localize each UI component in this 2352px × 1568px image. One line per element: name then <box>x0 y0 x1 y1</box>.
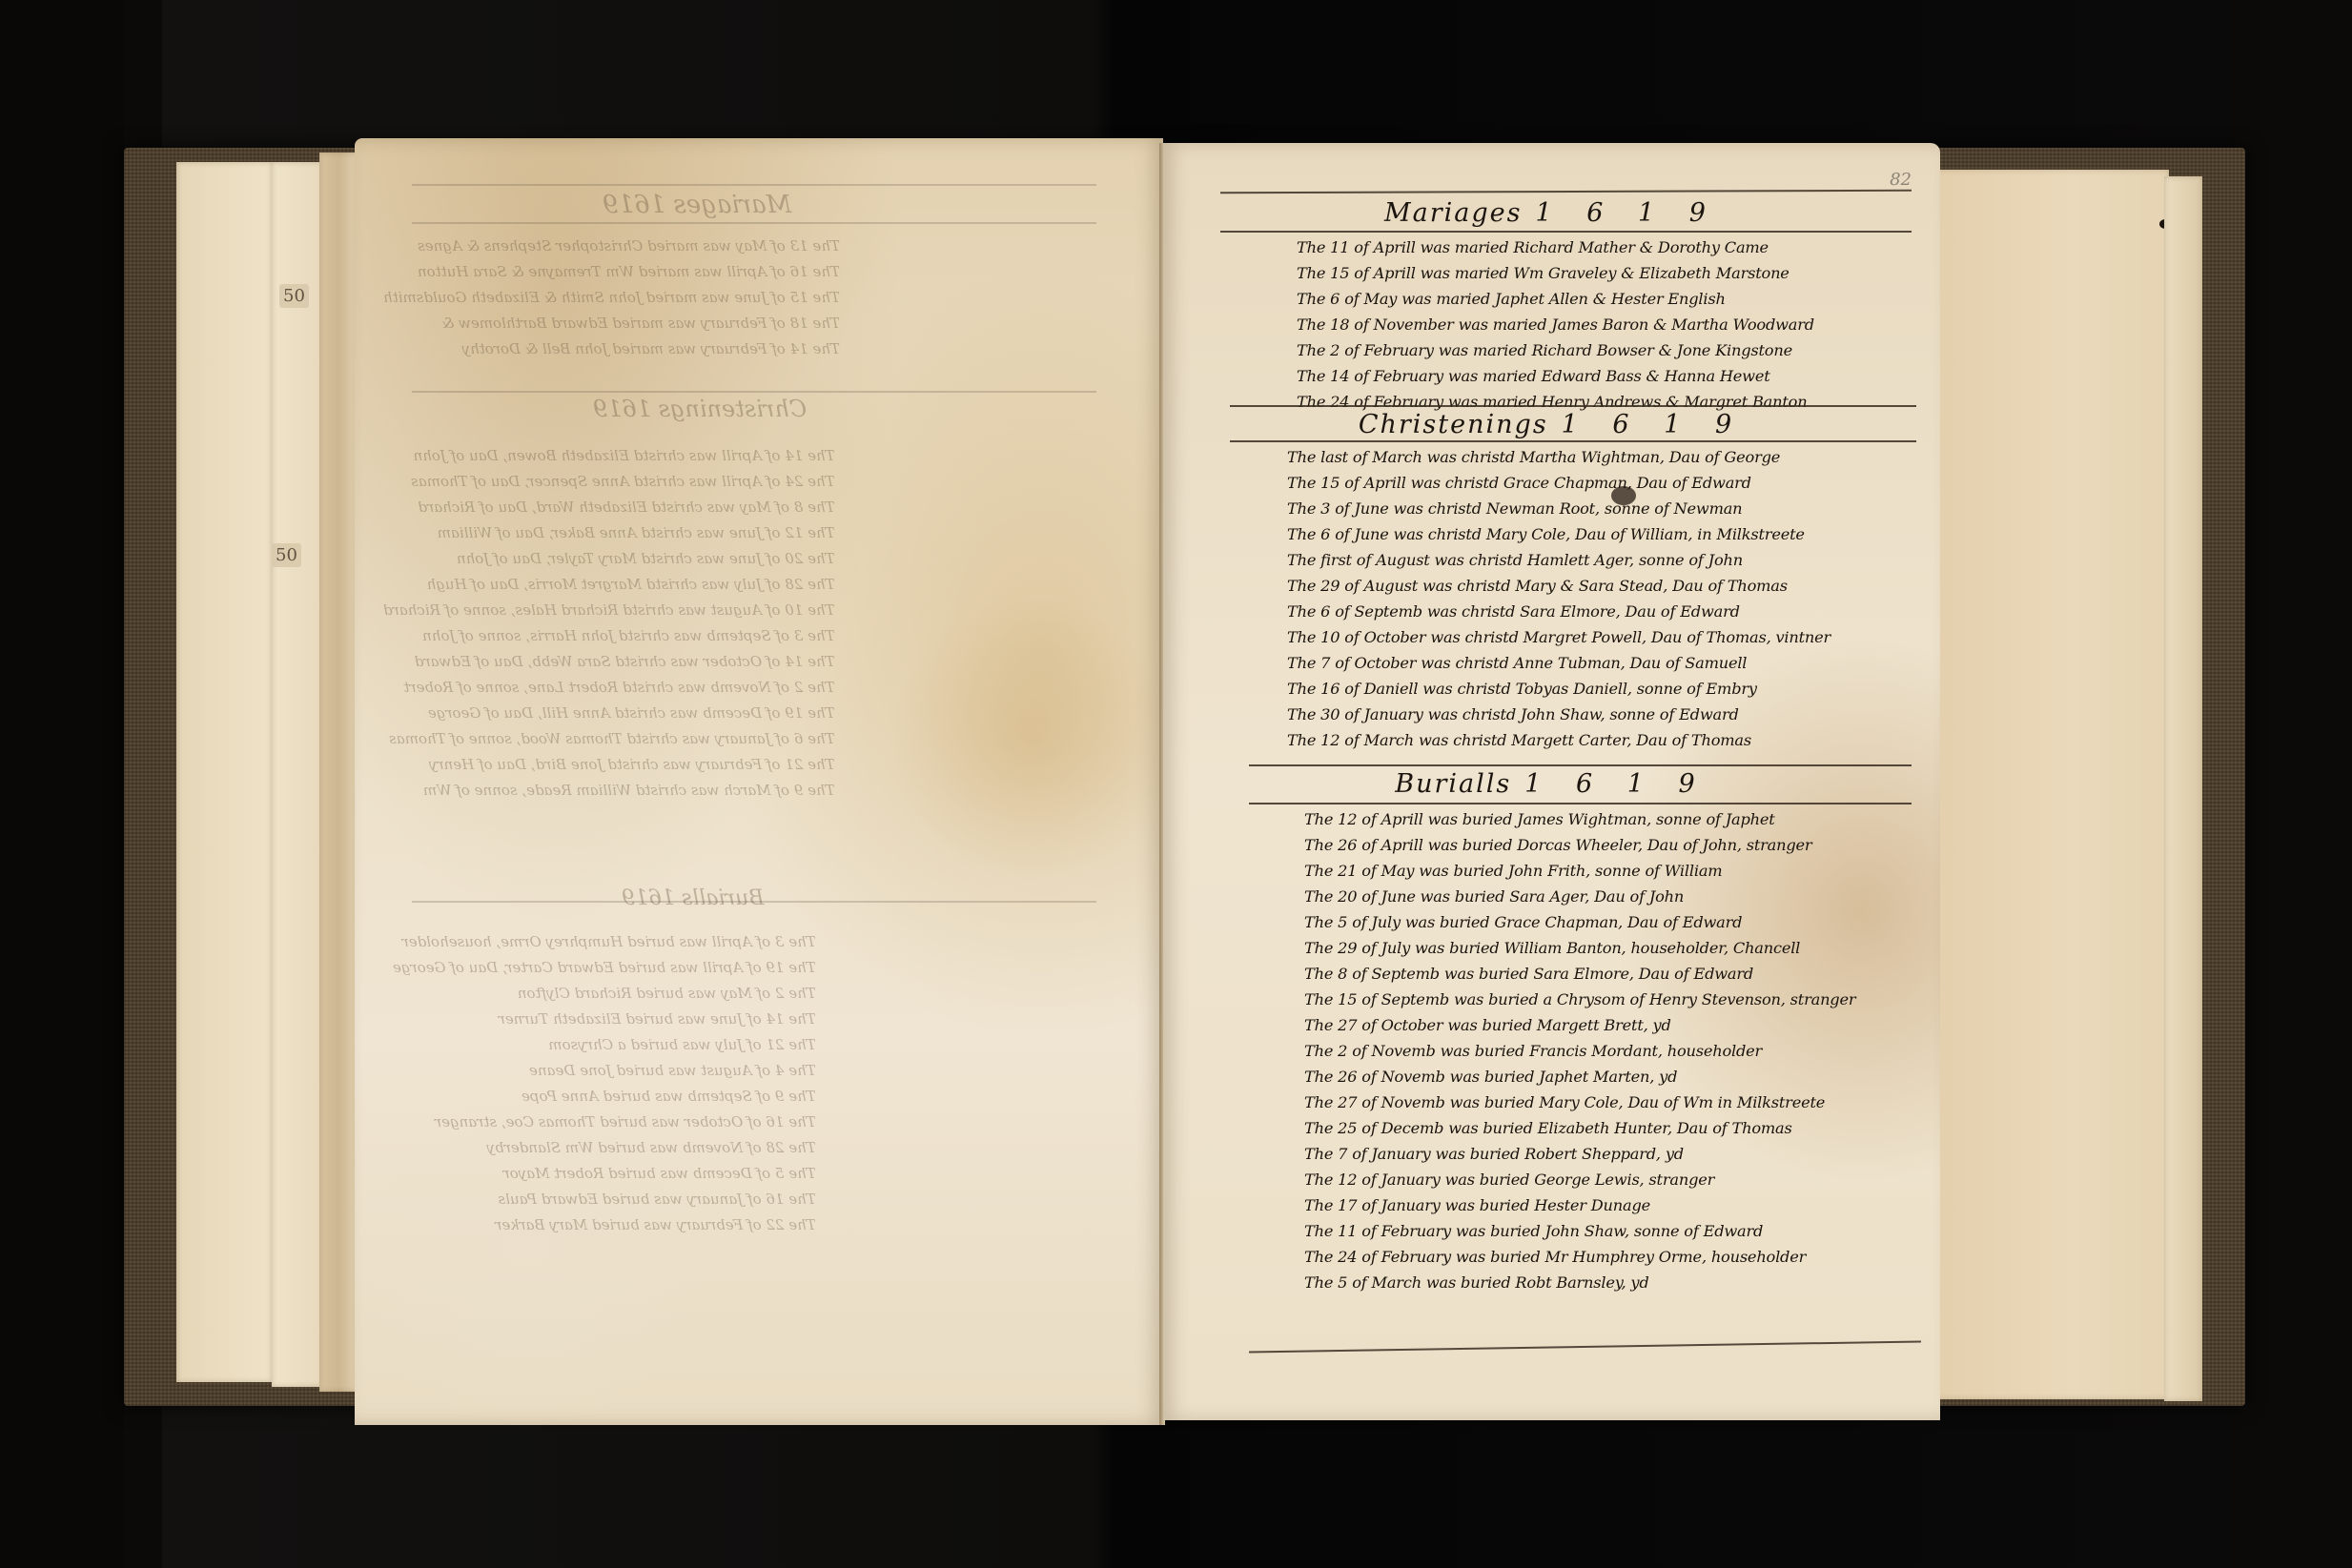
section-title-text: Mariages <box>1384 198 1523 228</box>
register-entry: The 27 of October was buried Margett Bre… <box>1304 1012 1919 1038</box>
water-stain <box>889 596 1175 882</box>
section-year: 1 6 1 9 <box>1562 410 1745 439</box>
register-entry: The 29 of August was christd Mary & Sara… <box>1287 573 1919 599</box>
register-entry: The 3 of June was christd Newman Root, s… <box>1287 496 1919 521</box>
register-entry: The 11 of February was buried John Shaw,… <box>1304 1218 1919 1244</box>
register-entry: The 17 of January was buried Hester Duna… <box>1304 1192 1919 1218</box>
folio-tab: 50 <box>272 543 301 567</box>
flyleaf-left-1 <box>176 162 272 1382</box>
ghost-rule <box>412 184 1096 186</box>
register-entry: The 15 of Septemb was buried a Chrysom o… <box>1304 987 1919 1012</box>
section-year: 1 6 1 9 <box>1524 769 1708 799</box>
section-rule <box>1249 764 1912 766</box>
section-title-text: Christenings <box>1359 410 1548 439</box>
register-entry: The 7 of October was christd Anne Tubman… <box>1287 650 1919 676</box>
section-year: 1 6 1 9 <box>1536 198 1719 228</box>
register-entry: The 2 of February was maried Richard Bow… <box>1297 337 1919 363</box>
section-rule <box>1249 803 1912 804</box>
flyleaf-left-2: 50 50 <box>272 162 324 1387</box>
section-title-mariages: Mariages1 6 1 9 <box>1163 198 1940 228</box>
register-entry: The 8 of Septemb was buried Sara Elmore,… <box>1304 961 1919 987</box>
bleed-through-heading: Mariages 1619 <box>603 191 791 219</box>
folio-tab: 50 <box>279 284 309 308</box>
bleed-through-block: The 14 of Aprill was christd Elizabeth B… <box>383 443 835 804</box>
register-entry: The 21 of May was buried John Frith, son… <box>1304 858 1919 884</box>
section-title-christenings: Christenings1 6 1 9 <box>1163 410 1940 439</box>
bleed-through-block: The 13 of May was maried Christopher Ste… <box>383 234 840 362</box>
register-entry: The 12 of January was buried George Lewi… <box>1304 1167 1919 1192</box>
register-entry: The 7 of January was buried Robert Shepp… <box>1304 1141 1919 1167</box>
register-entry: The first of August was christd Hamlett … <box>1287 547 1919 573</box>
bleed-through-heading: Christenings 1619 <box>593 396 807 422</box>
register-entry: The last of March was christd Martha Wig… <box>1287 444 1919 470</box>
ink-blot <box>1611 486 1636 505</box>
register-entry: The 20 of June was buried Sara Ager, Dau… <box>1304 884 1919 909</box>
flyleaf-right-1 <box>1931 170 2169 1399</box>
register-entry: The 12 of Aprill was buried James Wightm… <box>1304 806 1919 832</box>
left-page: Mariages 1619 The 13 of May was maried C… <box>355 138 1163 1425</box>
right-page: 82 Mariages1 6 1 9 The 11 of Aprill was … <box>1163 143 1940 1420</box>
register-entry: The 11 of Aprill was maried Richard Math… <box>1297 234 1919 260</box>
section-title-text: Burialls <box>1395 769 1511 799</box>
section-rule <box>1220 190 1912 194</box>
register-entry: The 29 of July was buried William Banton… <box>1304 935 1919 961</box>
register-entry: The 10 of October was christd Margret Po… <box>1287 624 1919 650</box>
register-entry: The 5 of March was buried Robt Barnsley,… <box>1304 1270 1919 1295</box>
register-entry: The 16 of Daniell was christd Tobyas Dan… <box>1287 676 1919 702</box>
burialls-list: The 12 of Aprill was buried James Wightm… <box>1304 806 1919 1295</box>
register-entry: The 15 of Aprill was maried Wm Graveley … <box>1297 260 1919 286</box>
mariages-list: The 11 of Aprill was maried Richard Math… <box>1297 234 1919 415</box>
register-entry: The 26 of Aprill was buried Dorcas Wheel… <box>1304 832 1919 858</box>
section-title-burialls: Burialls1 6 1 9 <box>1163 769 1940 799</box>
register-entry: The 18 of November was maried James Baro… <box>1297 312 1919 337</box>
register-entry: The 5 of July was buried Grace Chapman, … <box>1304 909 1919 935</box>
register-entry: The 27 of Novemb was buried Mary Cole, D… <box>1304 1089 1919 1115</box>
register-entry: The 15 of Aprill was christd Grace Chapm… <box>1287 470 1919 496</box>
register-entry: The 30 of January was christd John Shaw,… <box>1287 702 1919 727</box>
register-entry: The 26 of Novemb was buried Japhet Marte… <box>1304 1064 1919 1089</box>
register-entry: The 6 of May was maried Japhet Allen & H… <box>1297 286 1919 312</box>
register-entry: The 25 of Decemb was buried Elizabeth Hu… <box>1304 1115 1919 1141</box>
section-rule <box>1220 231 1912 233</box>
dark-backdrop-left <box>0 0 124 1568</box>
ghost-rule <box>412 222 1096 224</box>
christenings-list: The last of March was christd Martha Wig… <box>1287 444 1919 753</box>
register-entry: The 12 of March was christd Margett Cart… <box>1287 727 1919 753</box>
register-entry: The 6 of June was christd Mary Cole, Dau… <box>1287 521 1919 547</box>
register-entry: The 14 of February was maried Edward Bas… <box>1297 363 1919 389</box>
ghost-rule <box>412 391 1096 393</box>
register-entry: The 6 of Septemb was christd Sara Elmore… <box>1287 599 1919 624</box>
bleed-through-block: The 3 of Aprill was buried Humphrey Orme… <box>393 929 816 1238</box>
register-entry: The 2 of Novemb was buried Francis Morda… <box>1304 1038 1919 1064</box>
page-number: 82 <box>1890 170 1912 190</box>
closing-rule <box>1249 1340 1921 1353</box>
flyleaf-right-2 <box>2164 176 2202 1401</box>
section-rule <box>1230 405 1916 407</box>
section-rule <box>1230 440 1916 442</box>
register-entry: The 24 of February was buried Mr Humphre… <box>1304 1244 1919 1270</box>
bleed-through-heading: Burialls 1619 <box>622 886 764 910</box>
